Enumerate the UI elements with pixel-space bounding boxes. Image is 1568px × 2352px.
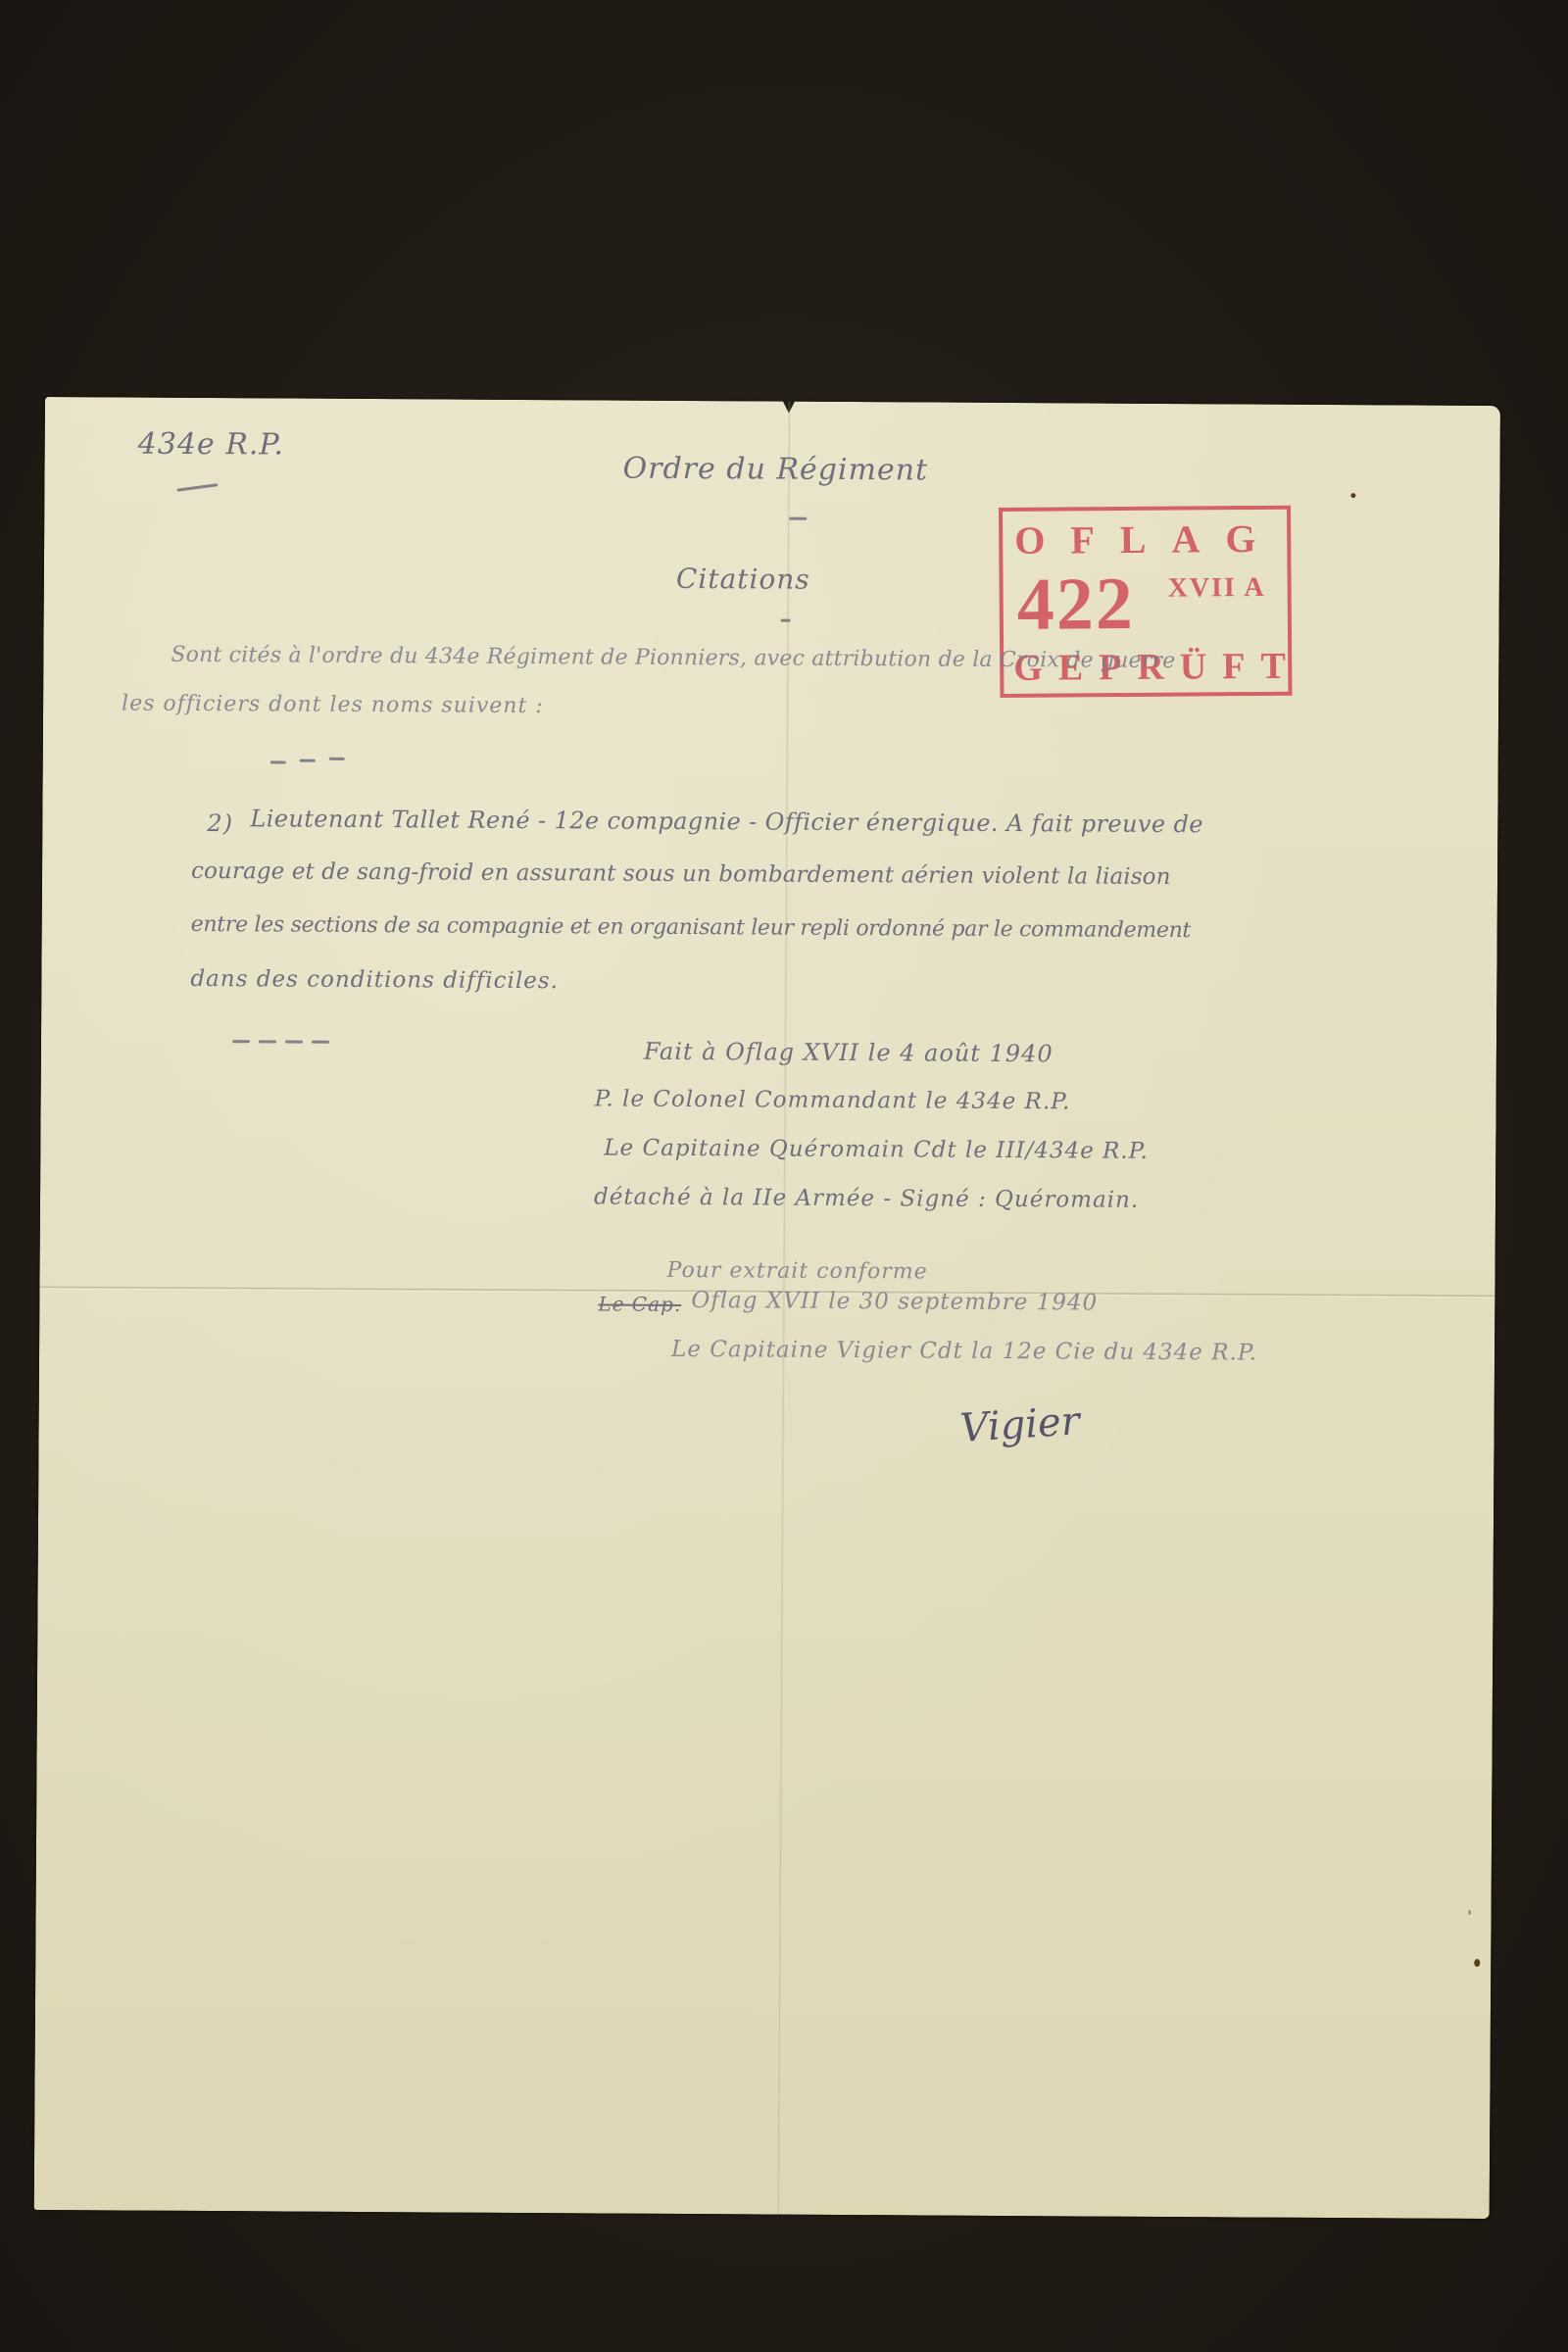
intro-line-1: Sont cités à l'ordre du 434e Régiment de… — [171, 643, 1175, 673]
issued-line-1: Fait à Oflag XVII le 4 août 1940 — [644, 1038, 1053, 1068]
foxing-spot — [1469, 1910, 1471, 1915]
issued-line-4: détaché à la IIe Armée - Signé : Quéroma… — [594, 1184, 1139, 1212]
certified-line-3: Le Capitaine Vigier Cdt la 12e Cie du 43… — [671, 1337, 1257, 1366]
citation-line-4: dans des conditions difficiles. — [190, 966, 559, 994]
citation-line-1: Lieutenant Tallet René - 12e compagnie -… — [250, 805, 1203, 838]
stamp-camp: XVII A — [1168, 572, 1266, 605]
certified-line-2: Oflag XVII le 30 septembre 1940 — [691, 1288, 1098, 1316]
certified-line-1: Pour extrait conforme — [666, 1258, 927, 1285]
document-subtitle: Citations — [676, 563, 810, 596]
struck-text: Le Cap. — [598, 1292, 681, 1316]
intro-line-2: les officiers dont les noms suivent : — [122, 691, 544, 718]
document-sheet: 434e R.P. Ordre du Régiment Citations OF… — [34, 397, 1500, 2219]
header-underline — [176, 483, 218, 492]
separator-dash — [329, 758, 345, 760]
separator-dash — [312, 1041, 329, 1044]
title-dash — [789, 517, 807, 520]
ink-spot — [1350, 493, 1355, 498]
separator-dash — [270, 760, 286, 763]
separator-dash — [232, 1040, 250, 1043]
foxing-spot — [1474, 1959, 1480, 1967]
stamp-oflag-text: OFLAG — [1014, 515, 1282, 563]
subtitle-dash — [781, 619, 791, 622]
citation-line-2: courage et de sang-froid en assurant sou… — [191, 858, 1171, 890]
signature: Vigier — [958, 1398, 1081, 1451]
issued-line-2: P. le Colonel Commandant le 434e R.P. — [595, 1086, 1071, 1114]
citation-number: 2) — [207, 809, 233, 837]
issued-line-3: Le Capitaine Quéromain Cdt le III/434e R… — [604, 1135, 1149, 1163]
document-title: Ordre du Régiment — [622, 452, 928, 488]
separator-dash — [285, 1041, 303, 1044]
citation-line-3: entre les sections de sa compagnie et en… — [191, 912, 1191, 943]
separator-dash — [300, 759, 316, 762]
separator-dash — [259, 1040, 276, 1043]
header-reference: 434e R.P. — [138, 427, 285, 463]
stamp-number: 422 — [1016, 562, 1135, 648]
